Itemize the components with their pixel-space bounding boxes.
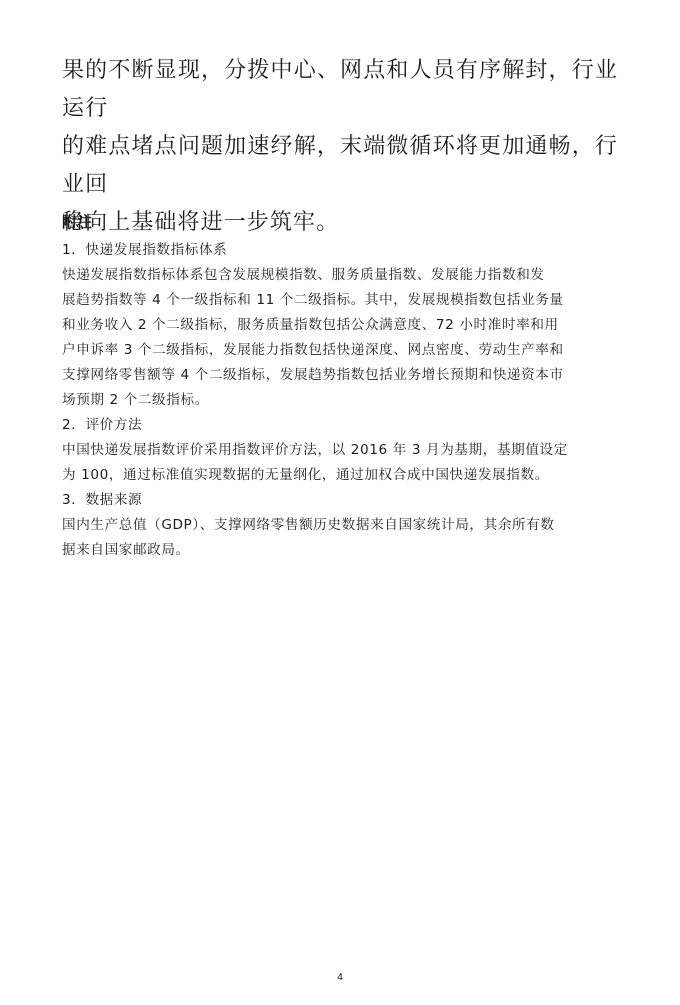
section-line: 场预期 2 个二级指标。 [62,388,618,413]
section-heading: 1．快递发展指数指标体系 [62,238,618,263]
document-page: 果的不断显现，分拨中心、网点和人员有序解封，行业运行 的难点堵点问题加速纾解，末… [0,0,680,1005]
lead-line: 果的不断显现，分拨中心、网点和人员有序解封，行业运行 [62,52,618,128]
section-line: 为 100，通过标准值实现数据的无量纲化，通过加权合成中国快递发展指数。 [62,463,618,488]
notes-title: 附注 [62,208,618,236]
lead-line: 的难点堵点问题加速纾解，末端微循环将更加通畅，行业回 [62,128,618,204]
section-line: 支撑网络零售额等 4 个二级指标，发展趋势指数包括业务增长预期和快递资本市 [62,363,618,388]
page-number: 4 [0,972,680,983]
section-line: 国内生产总值（GDP）、支撑网络零售额历史数据来自国家统计局，其余所有数 [62,513,618,538]
notes-section: 附注 1．快递发展指数指标体系 快递发展指数指标体系包含发展规模指数、服务质量指… [62,208,618,563]
note-section-data-source: 3．数据来源 国内生产总值（GDP）、支撑网络零售额历史数据来自国家统计局，其余… [62,488,618,563]
section-heading: 3．数据来源 [62,488,618,513]
section-line: 和业务收入 2 个二级指标，服务质量指数包括公众满意度、72 小时准时率和用 [62,313,618,338]
note-section-indicator-system: 1．快递发展指数指标体系 快递发展指数指标体系包含发展规模指数、服务质量指数、发… [62,238,618,413]
section-line: 快递发展指数指标体系包含发展规模指数、服务质量指数、发展能力指数和发 [62,263,618,288]
note-section-evaluation-method: 2．评价方法 中国快递发展指数评价采用指数评价方法，以 2016 年 3 月为基… [62,413,618,488]
section-line: 据来自国家邮政局。 [62,538,618,563]
section-line: 户申诉率 3 个二级指标，发展能力指数包括快递深度、网点密度、劳动生产率和 [62,338,618,363]
section-line: 中国快递发展指数评价采用指数评价方法，以 2016 年 3 月为基期，基期值设定 [62,438,618,463]
section-line: 展趋势指数等 4 个一级指标和 11 个二级指标。其中，发展规模指数包括业务量 [62,288,618,313]
section-heading: 2．评价方法 [62,413,618,438]
